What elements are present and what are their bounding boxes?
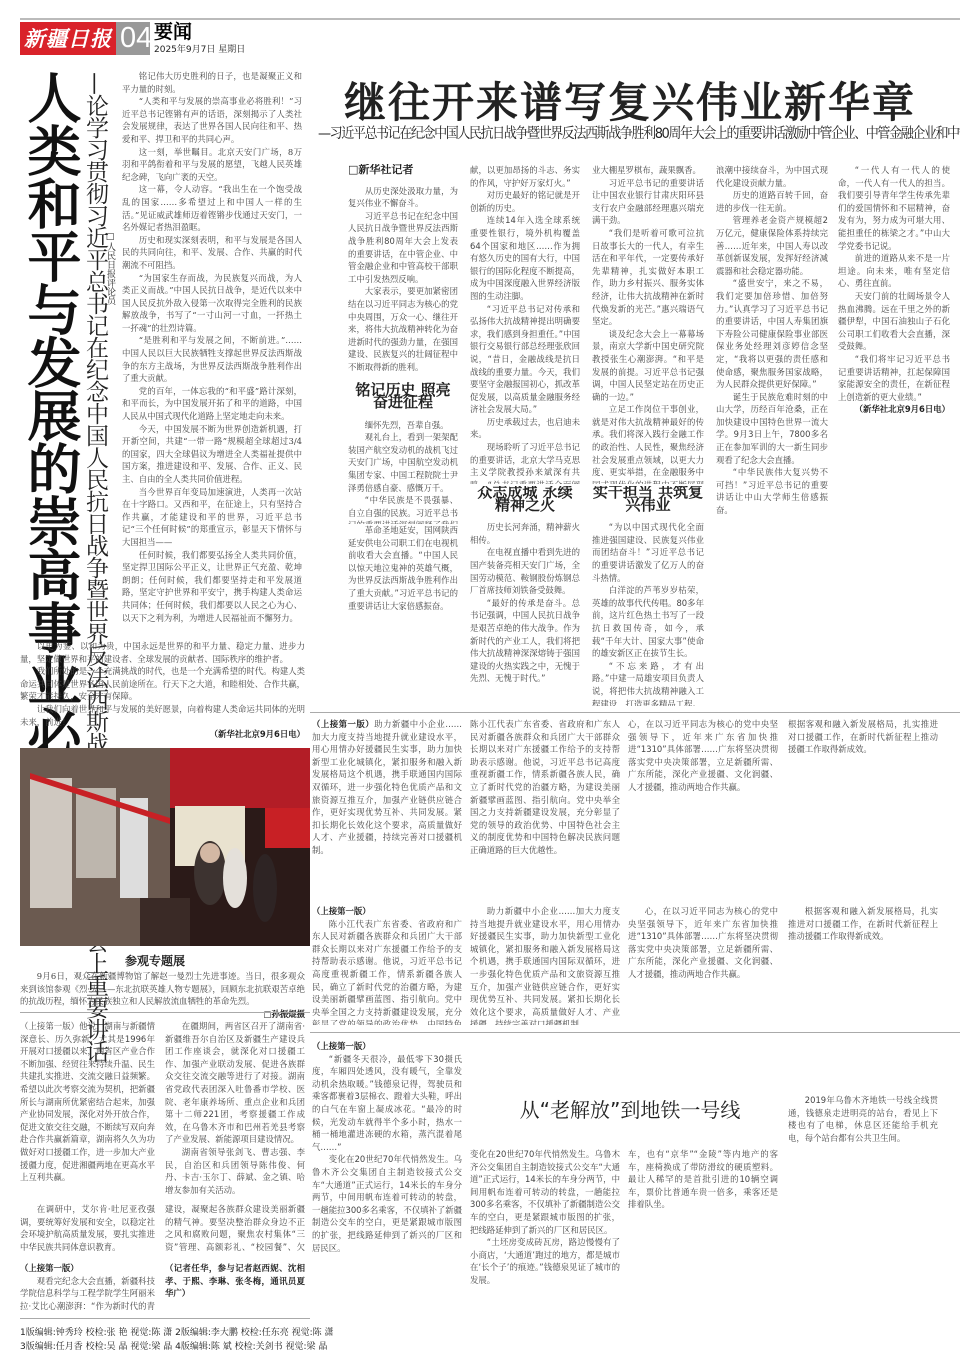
feature-col-5: “一代人有一代人的使命，一代人有一代人的担当。我们要引导青年学生传承先辈们的爱国… — [838, 164, 950, 704]
paragraph: 历史的道路百转千回，奋进的步伐一往无前。 — [716, 189, 828, 214]
paragraph: 今天，中国发展不断为世界创造新机遇，打开新空间，共建“一带一路”规模超全球超过3… — [122, 423, 302, 486]
paragraph: 天安门前的壮阔场景令人热血沸腾。远在千里之外的新疆伊犁，中国石油独山子石化公司职… — [838, 290, 950, 353]
paragraph: （上接第一版）他说，湖南与新疆情深意长、历久弥新，尤其是1996年开展对口援疆以… — [20, 1020, 155, 1184]
paragraph: 白洋淀的芦苇岁岁枯荣，英雄的故事代代传唱。80多年前，这片红色热土书写了一段抗日… — [592, 584, 704, 660]
feature-col-4: 浪潮中接续奋斗，为中国式现代化建设贡献力量。 历史的道路百转千回，奋进的步伐一往… — [716, 164, 828, 704]
feature-col-3b: 实干担当 共筑复兴伟业 “为以中国式现代化全面推进强国建设、民族复兴伟业而团结奋… — [592, 486, 704, 706]
paragraph: 陈小江代表广东省委、省政府和广东人民对新疆各族群众和兵团广大干部群众长期以来对广… — [470, 718, 620, 857]
paragraph: “为以中国式现代化全面推进强国建设、民族复兴伟业而团结奋斗！”习近平总书记的重要… — [592, 521, 704, 584]
divider — [20, 1012, 310, 1013]
paragraph: “习近平总书记对传承和弘扬伟大抗战精神提出明确要求，我们感到身担重任。”中国银行… — [470, 303, 580, 416]
paragraph: 建设，凝聚起各族群众建设美丽新疆的精气神。要坚决整治群众身边不正之风和腐败问题，… — [165, 1203, 305, 1253]
section-header: 要闻 2025年9月7日 星期日 — [150, 22, 245, 55]
paragraph: 习近平总书记的重要讲话让中国农业银行甘肃庆阳环县支行农户金融部经理惠兴瑞充满干劲… — [592, 177, 704, 227]
feature-col-3: 业大棚星罗棋布，蔬果飘香。 习近平总书记的重要讲话让中国农业银行甘肃庆阳环县支行… — [592, 164, 704, 484]
continued-label: （上接第一版） — [312, 905, 462, 918]
paragraph: 湖南省领导张剑飞、曹志强、李民，自治区和兵团领导陈伟俊、何丹、卡吉·玉尔丁、薛斌… — [165, 1146, 305, 1196]
paragraph: 谈及纪念大会上一幕幕场景，南京大学新中国史研究院教授张生心潮澎湃。“和平是发展的… — [592, 328, 704, 404]
paragraph: 连续14年入选全球系统重要性银行，境外机构覆盖64个国家和地区……作为拥有悠久历… — [470, 214, 580, 302]
section-heading: 实干担当 共筑复兴伟业 — [592, 486, 704, 511]
bus-col-2: 变化在20世纪70年代悄然发生。乌鲁木齐公交集团自主制造铰接式公交车“大通道”正… — [470, 1148, 620, 1358]
paragraph: 习近平总书记在纪念中国人民抗日战争暨世界反法西斯战争胜利80周年大会上发表的重要… — [348, 210, 458, 286]
paragraph: 从历史深处汲取力量，为复兴伟业不懈奋斗。 — [348, 185, 458, 210]
feature-byline: □新华社记者 — [348, 164, 458, 177]
paragraph: 历史和现实深刻表明，和平与发展是各国人民的共同向往，和平、发展、合作、共赢的时代… — [122, 234, 302, 272]
continued-col-1b: 在调研中，艾尔肯·吐尼亚孜强调，要统筹好发展和安全，以稳定社会环境护航高质量发展… — [20, 1203, 155, 1253]
top-rule — [20, 18, 960, 20]
paragraph: 心，在以习近平同志为核心的党中央坚强领导下，近年来广东省加快推进“1310”具体… — [628, 718, 778, 794]
paragraph: “盛世安宁，来之不易，我们定要加倍珍惜、加倍努力。”认真学习了习近平总书记的重要… — [716, 277, 828, 390]
continued-label: （上接第一版） — [20, 1262, 155, 1275]
paragraph: 在疆期间，两省区召开了湖南省·新疆维吾尔自治区及新疆生产建设兵团工作座谈会，就深… — [165, 1020, 305, 1146]
paragraph: “我们是听着可歌可泣抗日故事长大的一代人，有幸生活在和平年代，一定要传承好先辈精… — [592, 227, 704, 328]
paragraph: “我们将牢记习近平总书记重要讲话精神，扛起保障国家能源安全的责任，在新征程上创造… — [838, 353, 950, 403]
paragraph: 变化在20世纪70年代悄然发生。乌鲁木齐公交集团自主制造铰接式公交车“大通道”正… — [312, 1153, 462, 1254]
paragraph: 献，以更加昂扬的斗志、务实的作风，守护好万家灯火。” — [470, 164, 580, 189]
paragraph: 观礼台上，看到一架架配装国产航空发动机的战机飞过天安门广场，中国航空发动机集团专… — [348, 431, 458, 494]
newspaper-logo: 新疆日报 — [20, 22, 116, 55]
paragraph: 2019年乌鲁木齐地铁一号线全线贯通，钱德泉走进明亮的站台，看见上下楼也有了电梯… — [788, 1094, 938, 1144]
bottom-left-story: （上接第一版） 观看完纪念大会直播，新疆科技学院信息科学与工程学院学生阿丽米拉·… — [20, 1262, 155, 1310]
paragraph: 革命圣地延安，国网陕西延安供电公司职工们在电视机前收看大会直播。“中国人民以惊天… — [348, 524, 458, 612]
bus-col-3: 车，也有“京华”“金陵”等内地产的客车，座椅换成了带防滑纹的硬质塑料。最让人稀罕… — [628, 1148, 778, 1358]
bus-col-4: 2019年乌鲁木齐地铁一号线全线贯通，钱德泉走进明亮的站台，看见上下楼也有了电梯… — [788, 1094, 938, 1360]
paragraph: 变化在20世纪70年代悄然发生。乌鲁木齐公交集团自主制造铰接式公交车“大通道”正… — [470, 1148, 620, 1236]
bus-story-title: 从“老解放”到地铁一号线 — [470, 1094, 790, 1123]
paragraph: “为国家生存而战，为民族复兴而战，为人类正义而战。”中国人民抗日战争，是近代以来… — [122, 272, 302, 335]
paragraph: 观看完纪念大会直播，新疆科技学院信息科学与工程学院学生阿丽米拉·艾比心潮澎湃：“… — [20, 1275, 155, 1310]
exhibition-photo — [20, 748, 310, 946]
continued-col-2: 在疆期间，两省区召开了湖南省·新疆维吾尔自治区及新疆生产建设兵团工作座谈会，就深… — [165, 1020, 305, 1200]
paragraph: 在电视直播中看到先进的国产装备亮相天安门广场，全国劳动模范、鞍钢股份炼钢总厂首席… — [470, 546, 580, 596]
paragraph: 对历史最好的铭记就是开创新的历史。 — [470, 189, 580, 214]
paragraph: 历史长河奔涌，精神薪火相传。 — [470, 521, 580, 546]
feature-title: 继往开来谱写复兴伟业新华章 — [300, 70, 960, 130]
paragraph: 立足工作岗位干事创业，就是对伟大抗战精神最好的传承。我们将深入践行金融工作的政治… — [592, 403, 704, 484]
paragraph: 在调研中，艾尔肯·吐尼亚孜强调，要统筹好发展和安全，以稳定社会环境护航高质量发展… — [20, 1203, 155, 1253]
bus-col-1: （上接第一版） “新疆冬天很冷，最低零下30摄氏度，车厢四处透风，没有暖气，全靠… — [312, 1040, 462, 1360]
continued-label: （上接第一版） — [312, 1040, 462, 1053]
paragraph: 管理养老金资产规模超2万亿元，健康保险体系持续完善……近年来，中国人寿以改革创新… — [716, 214, 828, 277]
paragraph: 这一幕，令人动容。“我出生在一个饱受战乱的国家……多希望过上和中国人一样的生活。… — [122, 183, 302, 233]
paragraph: 现场聆听了习近平总书记的重要讲话，北京大学马克思主义学院教授孙来斌深有共鸣。“总… — [470, 441, 580, 484]
editor-row: 1版编辑:钟秀玲 校检:张 艳 视觉:陈 潇 2版编辑:李大鹏 校检:任东亮 视… — [20, 1326, 334, 1340]
paragraph: 铭记伟大历史胜利的日子，也是凝聚正义和平力量的时刻。 — [122, 70, 302, 95]
paragraph: 当今世界百年变局加速演进，人类再一次站在十字路口。又西和平，在征途上，只有坚持合… — [122, 486, 302, 549]
paragraph: 我们所处的是一个充满挑战的时代，也是一个充满希望的时代。构建人类命运共同体是世界… — [20, 665, 305, 703]
caption-text: 9月6日，观众在新疆博物馆了解赵一曼烈士先进事迹。当日，很多观众来到该馆参观《烈… — [20, 970, 305, 1008]
feature-col-1: □新华社记者 从历史深处汲取力量，为复兴伟业不懈奋斗。 习近平总书记在纪念中国人… — [348, 164, 458, 524]
photo-image — [20, 748, 310, 946]
section-heading: 铭记历史 照亮奋进征程 — [348, 384, 458, 409]
paragraph: 根据客观和融入新发展格局，扎实推进对口援疆工作，在新时代新征程上推动援疆工作取得… — [788, 718, 938, 756]
paragraph: “最好的传承是奋斗。总书记强调，中国人民抗日战争是艰苦卓绝的伟大战争。作为新时代… — [470, 597, 580, 685]
feature-col-2b: 众志成城 永续精神之火 历史长河奔涌，精神薪火相传。 在电视直播中看到先进的国产… — [470, 486, 580, 706]
divider — [310, 712, 960, 713]
paragraph: “不忘来路，才有出路。”中建一局雄安项目负责人说，将把伟大抗战精神融入工程建设，… — [592, 660, 704, 706]
commentary-dateline: （新华社北京9月6日电） — [20, 728, 305, 741]
paragraph: 车，也有“京华”“金陵”等内地产的客车，座椅换成了带防滑纹的硬质塑料。最让人稀罕… — [628, 1148, 778, 1211]
paragraph: 让我们向着世界和平与发展的美好愿景，向着构建人类命运共同体的光明未来，前进！ — [20, 703, 305, 728]
paragraph: 助力新疆中小企业……加大力度支持当地提升就业建设水平，用心用情办好援疆民生实事，… — [312, 719, 462, 855]
feature-col-1-cont: 革命圣地延安，国网陕西延安供电公司职工们在电视机前收看大会直播。“中国人民以惊天… — [348, 524, 458, 704]
paragraph: 大家表示，要更加紧密团结在以习近平同志为核心的党中央周围，万众一心、继往开来，将… — [348, 285, 458, 373]
story3-col-2: 助力新疆中小企业……加大力度支持当地提升就业建设水平，用心用情办好援疆民生实事，… — [470, 905, 620, 1025]
paragraph: 以史为鉴、以和为贵，中国永远是世界的和平力量、稳定力量、进步力量，坚定做世界和平… — [20, 640, 305, 665]
issue-date: 2025年9月7日 星期日 — [154, 42, 245, 55]
continued-col-2b: 建设，凝聚起各族群众建设美丽新疆的精气神。要坚决整治群众身边不正之风和腐败问题，… — [165, 1203, 305, 1253]
story2-col-3: 心，在以习近平同志为核心的党中央坚强领导下，近年来广东省加快推进“1310”具体… — [628, 718, 778, 898]
paragraph: “人类和平与发展的崇高事业必将胜利！”习近平总书记铿锵有声的话语，深刻揭示了人类… — [122, 95, 302, 145]
photo-credit: □孙振焜摄 — [20, 1008, 305, 1021]
reporter-credit: （记者任华，参与记者赵西妮、沈相孝、于熙、李琳、张冬梅，通讯员夏华广） — [165, 1262, 305, 1300]
story3-col-3: 心，在以习近平同志为核心的党中央坚强领导下，近年来广东省加快推进“1310”具体… — [628, 905, 778, 1025]
feature-subtitle: —习近平总书记在纪念中国人民抗日战争暨世界反法西斯战争胜利80周年大会上的重要讲… — [318, 122, 896, 143]
story2-col-1: （上接第一版）助力新疆中小企业……加大力度支持当地提升就业建设水平，用心用情办好… — [312, 718, 462, 898]
paragraph: 前进的道路从来不是一片坦途。向未来，唯有坚定信心、勇往直前。 — [838, 252, 950, 290]
paragraph: 党的百年，一体忘我的“和平盛”路计深刻，和平而长，为中国发展开拓了和平的道路，中… — [122, 385, 302, 423]
continued-col-1: （上接第一版）他说，湖南与新疆情深意长、历久弥新，尤其是1996年开展对口援疆以… — [20, 1020, 155, 1200]
paragraph: “中华民族伟大复兴势不可挡！”习近平总书记的重要讲话让中山大学师生倍感振奋。 — [716, 466, 828, 516]
commentary-byline: □人民日报评论员 — [104, 232, 117, 305]
paragraph: 历史承载过去，也启迪未来。 — [470, 416, 580, 441]
paragraph: 助力新疆中小企业……加大力度支持当地提升就业建设水平，用心用情办好援疆民生实事，… — [470, 905, 620, 1025]
paragraph: “一代人有一代人的使命，一代人有一代人的担当。我们要引导青年学生传承先辈们的爱国… — [838, 164, 950, 252]
paragraph: 诞生于民族危难时刻的中山大学，历经百年沧桑，正在加快建设中国特色世界一流大学。9… — [716, 391, 828, 467]
paragraph: 业大棚星罗棋布，蔬果飘香。 — [592, 164, 704, 177]
story3-col-1: （上接第一版） 陈小江代表广东省委、省政府和广东人民对新疆各族群众和兵团广大干部… — [312, 905, 462, 1025]
paragraph: “中华民族是不畏强暴、自立自强的民族。习近平总书记的重要讲话深刻阐释了我们从哪里… — [348, 494, 458, 524]
bottom-left-credit: （记者任华，参与记者赵西妮、沈相孝、于熙、李琳、张冬梅，通讯员夏华广） — [165, 1262, 305, 1310]
paragraph: 心，在以习近平同志为核心的党中央坚强领导下，近年来广东省加快推进“1310”具体… — [628, 905, 778, 981]
commentary-body-wide: 以史为鉴、以和为贵，中国永远是世界的和平力量、稳定力量、进步力量，坚定做世界和平… — [20, 640, 305, 741]
section-heading: 众志成城 永续精神之火 — [470, 486, 580, 511]
masthead: 新疆日报 04 要闻 2025年9月7日 星期日 — [20, 22, 245, 55]
story3-col-4: 根据客观和融入新发展格局，扎实推进对口援疆工作，在新时代新征程上推动援疆工作取得… — [788, 905, 938, 1025]
divider — [20, 1318, 310, 1319]
commentary-body: 铭记伟大历史胜利的日子，也是凝聚正义和平力量的时刻。 “人类和平与发展的崇高事业… — [122, 70, 302, 640]
page-number: 04 — [116, 22, 150, 55]
paragraph: 任何时候，我们都要弘扬全人类共同价值，坚定捍卫国际公平正义，让世界正气充盈、乾坤… — [122, 549, 302, 625]
feature-col-2: 献，以更加昂扬的斗志、务实的作风，守护好万家灯火。” 对历史最好的铭记就是开创新… — [470, 164, 580, 484]
paragraph: “新疆冬天很冷，最低零下30摄氏度，车厢四处透风，没有暖气，全靠发动机余热取暖。… — [312, 1053, 462, 1154]
story2-col-2: 陈小江代表广东省委、省政府和广东人民对新疆各族群众和兵团广大干部群众长期以来对广… — [470, 718, 620, 898]
paragraph: 陈小江代表广东省委、省政府和广东人民对新疆各族群众和兵团广大干部群众长期以来对广… — [312, 918, 462, 1025]
paragraph: “土坯房变成砖瓦房，路边慢慢有了小商店，‘大通道’跑过的地方，都是城市在‘长个子… — [470, 1236, 620, 1286]
paragraph: 缅怀先烈，吾辈自强。 — [348, 419, 458, 432]
photo-title: 参观专题展 — [0, 952, 310, 969]
paragraph: “是胜利和平与发展之间，不断前进。”……中国人民以巨大民族牺牲支撑起世界反法西斯… — [122, 334, 302, 384]
section-title: 要闻 — [154, 22, 245, 42]
editor-credits: 1版编辑:钟秀玲 校检:张 艳 视觉:陈 潇 2版编辑:李大鹏 校检:任东亮 视… — [20, 1326, 334, 1354]
paragraph: 根据客观和融入新发展格局，扎实推进对口援疆工作，在新时代新征程上推动援疆工作取得… — [788, 905, 938, 943]
editor-row: 3版编辑:任月香 校检:吴 晶 视觉:梁 晶 4版编辑:陈 斌 校检:关剑书 视… — [20, 1340, 334, 1354]
feature-dateline: （新华社北京9月6日电） — [838, 403, 950, 416]
continued-label: （上接第一版） — [312, 719, 374, 729]
paragraph: 这一刻，举世瞩目。北京天安门广场，8万羽和平鸽衔着和平与发展的愿望，飞越人民英雄… — [122, 146, 302, 184]
paragraph: 浪潮中接续奋斗，为中国式现代化建设贡献力量。 — [716, 164, 828, 189]
story2-col-4: 根据客观和融入新发展格局，扎实推进对口援疆工作，在新时代新征程上推动援疆工作取得… — [788, 718, 938, 898]
divider — [310, 1032, 960, 1033]
